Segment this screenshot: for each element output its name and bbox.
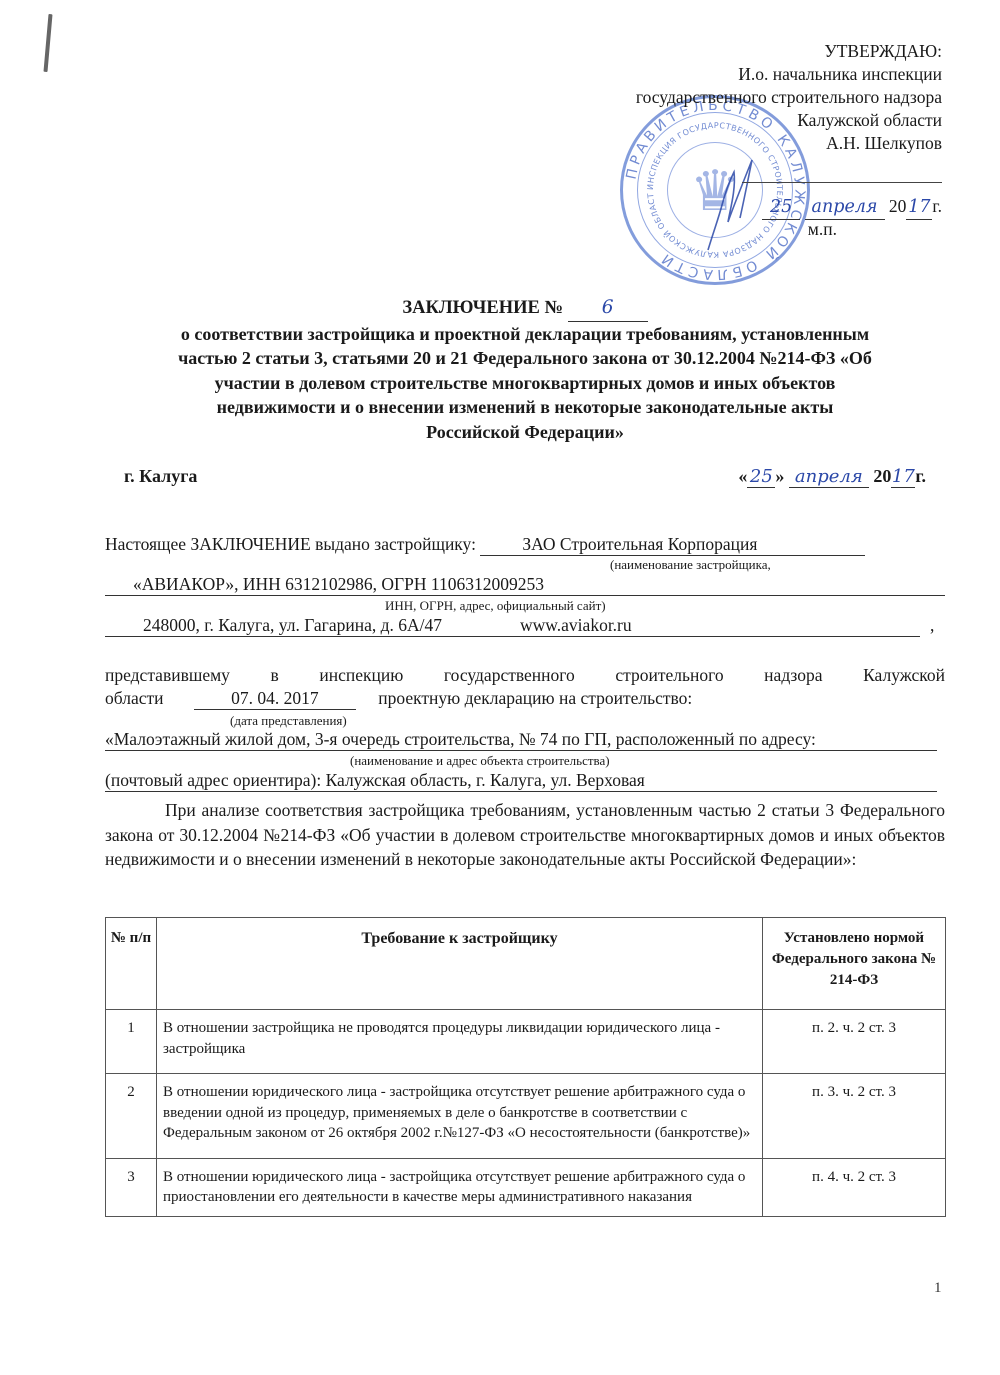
issue-date-year-end: г. [915,466,926,486]
conclusion-label: ЗАКЛЮЧЕНИЕ № [402,298,563,318]
object-name: «Малоэтажный жилой дом, 3-я очередь стро… [105,729,937,751]
table-row: 3 В отношении юридического лица - застро… [106,1158,946,1216]
table-row: 1 В отношении застройщика не проводятся … [106,1010,946,1074]
conclusion-number: 6 [568,296,648,322]
developer-website: www.aviakor.ru [442,615,632,635]
row-num: 2 [106,1074,157,1159]
signature-line [742,181,942,183]
trailing-comma: , [920,615,934,635]
issue-city: г. Калуга [124,466,197,487]
conclusion-heading: ЗАКЛЮЧЕНИЕ № 6 [100,296,950,322]
row-num: 3 [106,1158,157,1216]
submission-line1: представившему в инспекцию государственн… [105,663,945,688]
subtitle-line: участии в долевом строительстве многоква… [100,371,950,396]
row-norm: п. 2. ч. 2 ст. 3 [763,1010,946,1074]
requirements-table: № п/п Требование к застройщику Установле… [105,917,946,1217]
approval-signatory: А.Н. Шелкупов [636,132,942,155]
header-num: № п/п [106,918,157,1010]
issued-intro: Настоящее ЗАКЛЮЧЕНИЕ выдано застройщику: [105,534,476,554]
developer-name-part1-field: ЗАО Строительная Корпорация [480,534,865,556]
subtitle-line: недвижимости и о внесении изменений в не… [100,395,950,420]
issue-date-year-prefix: 20 [873,466,891,486]
subtitle-line: частью 2 статьи 3, статьями 20 и 21 Феде… [100,346,950,371]
header-norm: Установлено нормой Федерального закона №… [763,918,946,1010]
subtitle-line: Российской Федерации» [100,420,950,445]
issued-to-line: Настоящее ЗАКЛЮЧЕНИЕ выдано застройщику:… [105,534,945,556]
page-number: 1 [934,1280,942,1297]
submission-line2: области 07. 04. 2017 проектную деклараци… [105,688,945,710]
header-requirement: Требование к застройщику [157,918,763,1010]
quote-open: « [738,466,747,486]
row-norm: п. 3. ч. 2 ст. 3 [763,1074,946,1159]
subtitle-line: о соответствии застройщика и проектной д… [100,322,950,347]
approval-position-line1: И.о. начальника инспекции [636,63,942,86]
approval-date: 25 апреля 2017г. [636,195,942,220]
approval-block: УТВЕРЖДАЮ: И.о. начальника инспекции гос… [636,40,942,241]
issue-date-year-suffix: 17 [891,466,915,488]
row-requirement: В отношении юридического лица - застройщ… [157,1074,763,1159]
submission-text: проектную декларацию на строительство: [360,688,692,708]
approval-date-month: апреля [805,196,885,220]
submission-date: 07. 04. 2017 [194,688,356,710]
document-title: ЗАКЛЮЧЕНИЕ № 6 о соответствии застройщик… [100,296,950,444]
caption-object: (наименование и адрес объекта строительс… [350,753,610,769]
approval-date-year-prefix: 20 [889,196,907,216]
approval-position-line3: Калужской области [636,109,942,132]
developer-address-field: 248000, г. Калуга, ул. Гагарина, д. 6А/4… [105,615,920,637]
approval-position-line2: государственного строительного надзора [636,86,942,109]
row-requirement: В отношении юридического лица - застройщ… [157,1158,763,1216]
approval-date-year-end: г. [932,196,942,216]
object-name-line: «Малоэтажный жилой дом, 3-я очередь стро… [105,729,945,751]
approval-date-day: 25 [762,196,800,220]
postal-address-line: (почтовый адрес ориентира): Калужская об… [105,770,945,792]
developer-name-part2: «АВИАКОР», ИНН 6312102986, ОГРН 11063120… [105,574,544,594]
analysis-paragraph: При анализе соответствия застройщика тре… [105,798,945,872]
quote-close: » [775,466,784,486]
postal-address: (почтовый адрес ориентира): Калужская об… [105,770,937,792]
table-row: 2 В отношении юридического лица - застро… [106,1074,946,1159]
caption-developer: (наименование застройщика, [610,557,771,573]
developer-name-part2-field: «АВИАКОР», ИНН 6312102986, ОГРН 11063120… [105,574,945,596]
caption-developer-details: ИНН, ОГРН, адрес, официальный сайт) [385,598,606,614]
caption-submission-date: (дата представления) [230,713,347,729]
developer-address-line: 248000, г. Калуга, ул. Гагарина, д. 6А/4… [105,615,945,637]
region-word: области [105,688,164,708]
approval-date-year-suffix: 17 [906,196,932,220]
table-header-row: № п/п Требование к застройщику Установле… [106,918,946,1010]
approval-heading: УТВЕРЖДАЮ: [636,40,942,63]
issue-date: «25» апреля 2017г. [738,466,926,488]
developer-name-part1: ЗАО Строительная Корпорация [480,534,757,554]
seal-place-label: м.п. [636,218,942,241]
issue-date-day: 25 [747,466,775,488]
issue-date-month: апреля [789,466,869,488]
row-num: 1 [106,1010,157,1074]
developer-address: 248000, г. Калуга, ул. Гагарина, д. 6А/4… [105,615,442,635]
row-requirement: В отношении застройщика не проводятся пр… [157,1010,763,1074]
margin-pen-mark [43,14,52,72]
row-norm: п. 4. ч. 2 ст. 3 [763,1158,946,1216]
